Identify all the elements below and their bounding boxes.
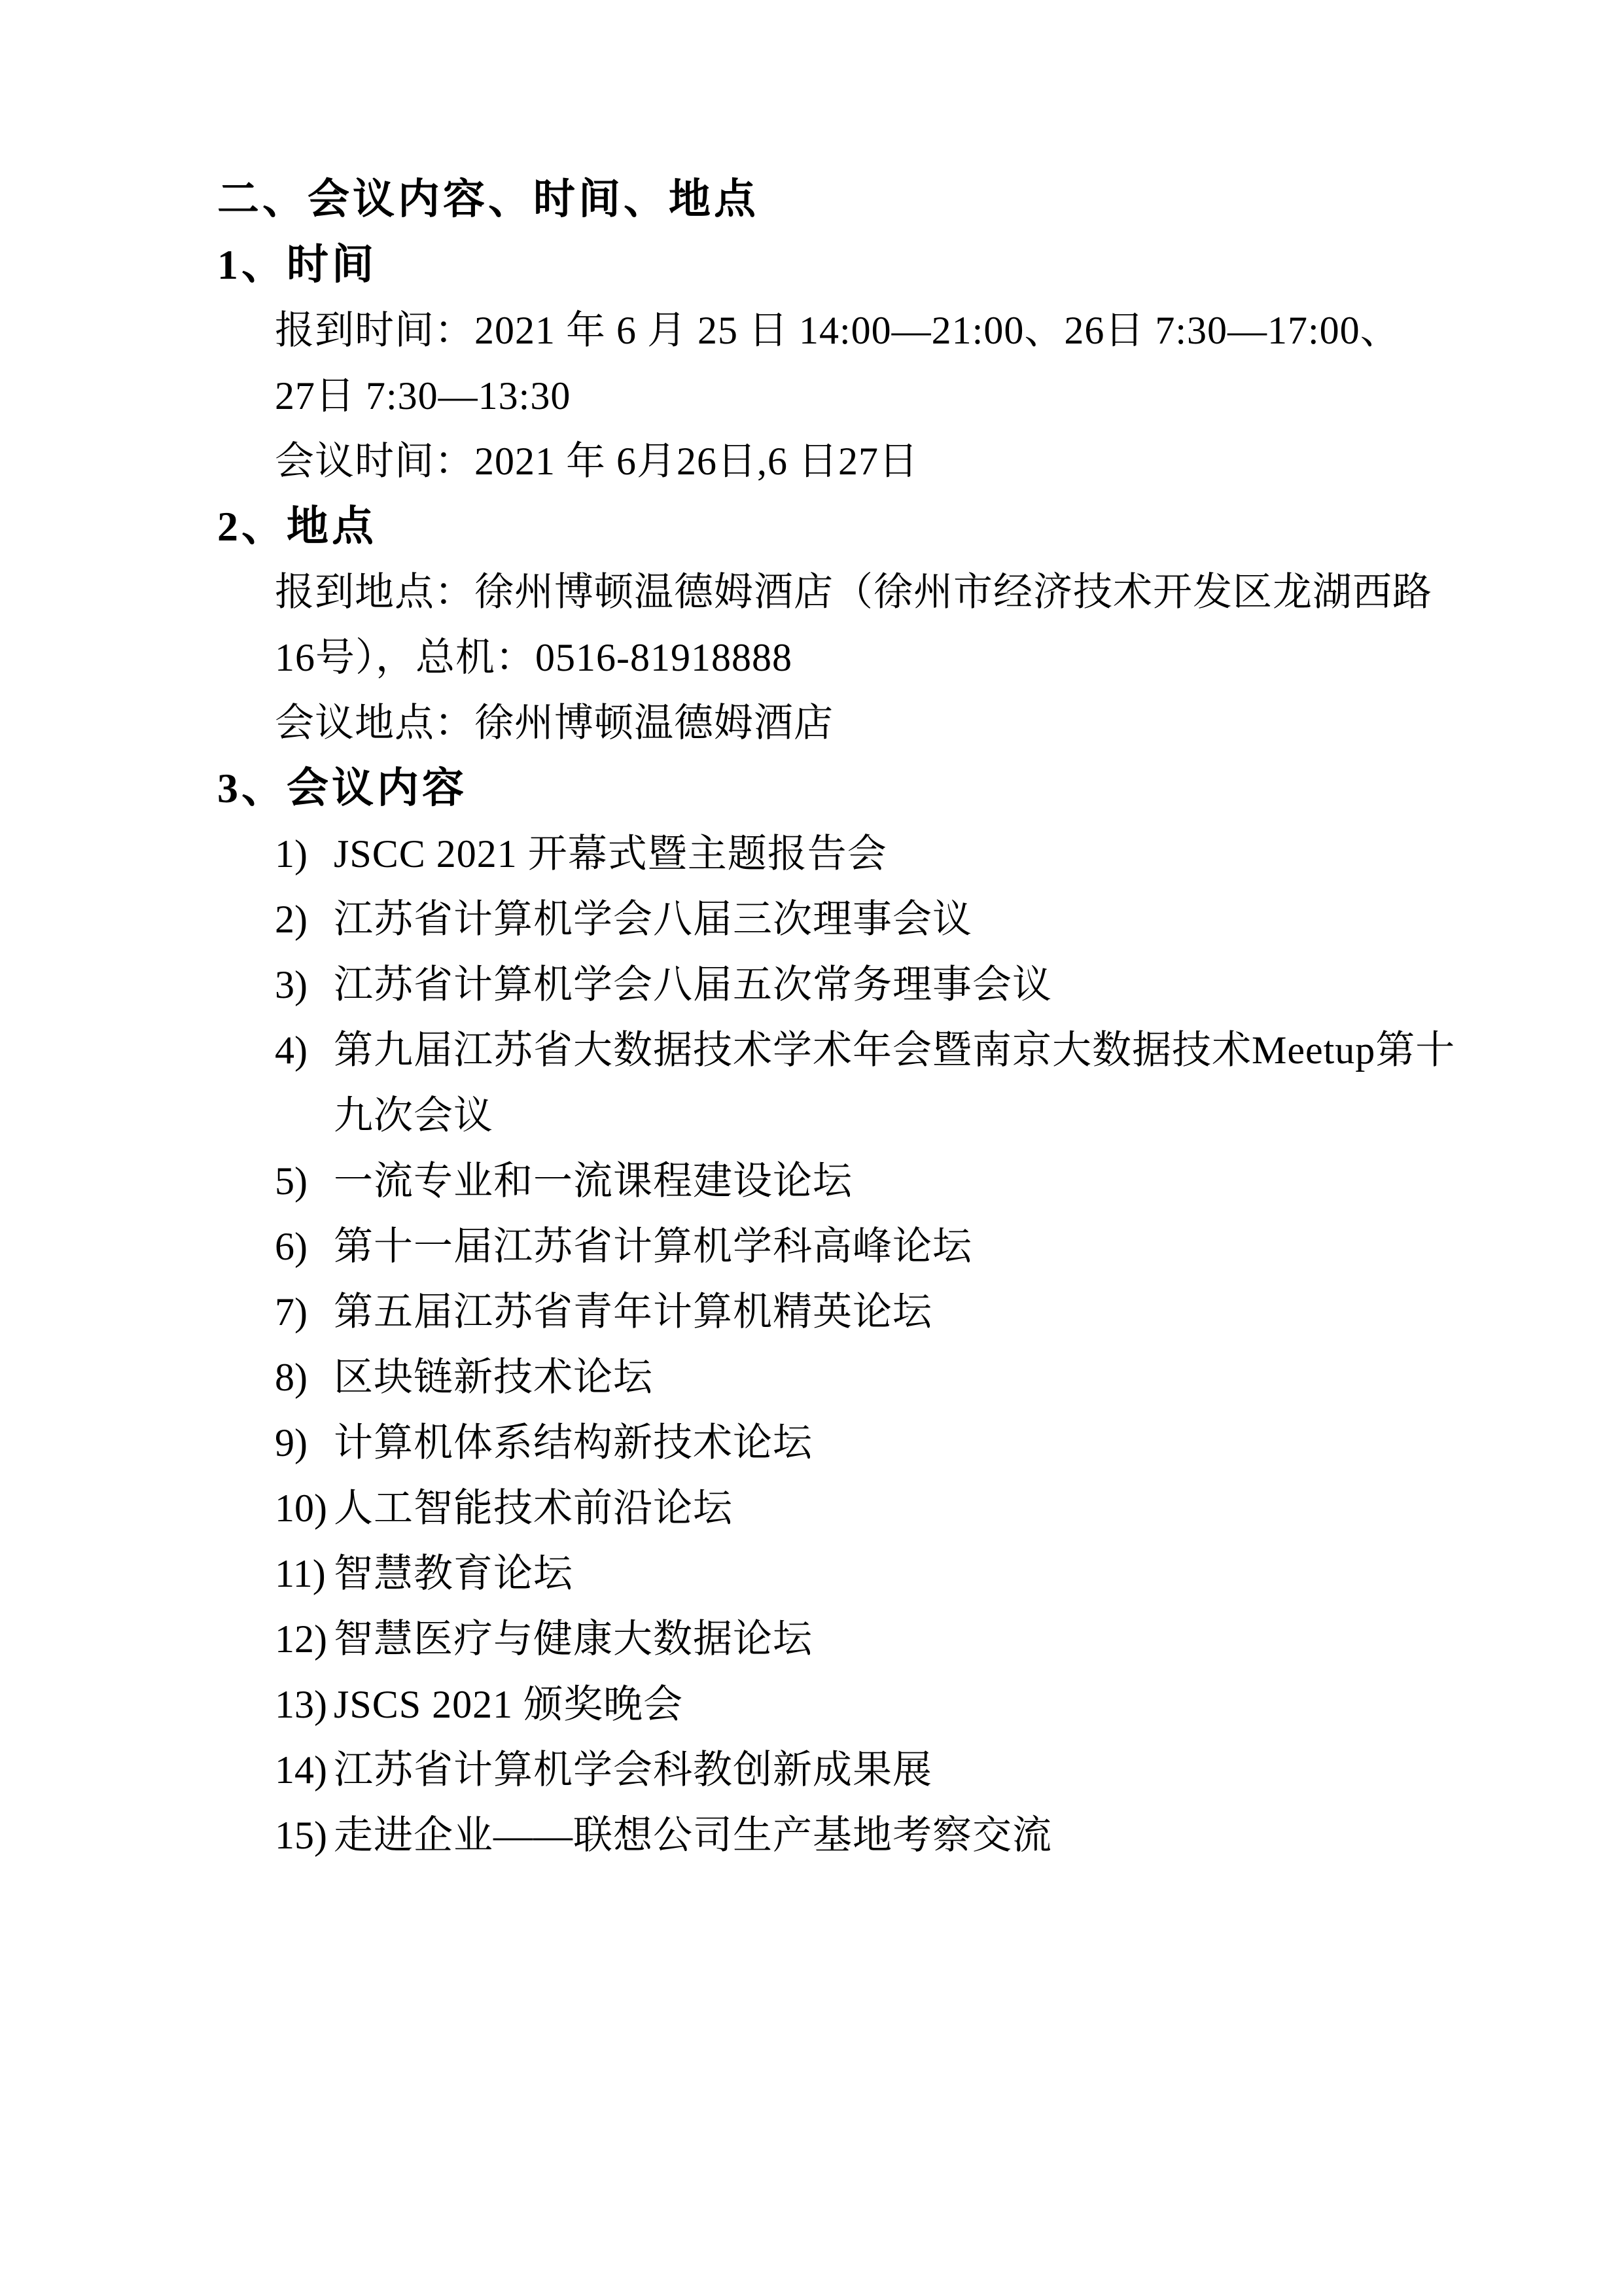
- list-item: 3)江苏省计算机学会八届五次常务理事会议: [0, 952, 1624, 1017]
- list-item-number: 15): [275, 1803, 334, 1868]
- time-paragraph-line: 27日 7:30—13:30: [0, 363, 1624, 429]
- subsection-heading-time: 1、时间: [0, 232, 1624, 298]
- list-item-text: 江苏省计算机学会科教创新成果展: [334, 1748, 932, 1792]
- list-item: 1)JSCC 2021 开幕式暨主题报告会: [0, 821, 1624, 887]
- list-item-number: 9): [275, 1410, 334, 1475]
- list-item-number: 5): [275, 1148, 334, 1214]
- list-item: 6)第十一届江苏省计算机学科高峰论坛: [0, 1214, 1624, 1279]
- list-item-text: JSCS 2021 颁奖晚会: [334, 1683, 683, 1726]
- list-item-text: 第十一届江苏省计算机学科高峰论坛: [334, 1225, 972, 1268]
- list-item-text: 第五届江苏省青年计算机精英论坛: [334, 1290, 932, 1333]
- list-item-text: 智慧医疗与健康大数据论坛: [334, 1617, 813, 1661]
- subsection-heading-location: 2、地点: [0, 494, 1624, 559]
- list-item: 13)JSCS 2021 颁奖晚会: [0, 1672, 1624, 1737]
- list-item: 8)区块链新技术论坛: [0, 1345, 1624, 1410]
- location-paragraph-line: 报到地点：徐州博顿温德姆酒店（徐州市经济技术开发区龙湖西路: [0, 559, 1624, 625]
- list-item-wrap-line: 九次会议: [0, 1083, 1624, 1148]
- list-item: 10)人工智能技术前沿论坛: [0, 1475, 1624, 1541]
- list-item-number: 8): [275, 1345, 334, 1410]
- list-item: 12)智慧医疗与健康大数据论坛: [0, 1606, 1624, 1672]
- list-item: 2)江苏省计算机学会八届三次理事会议: [0, 887, 1624, 952]
- list-item-number: 4): [275, 1017, 334, 1083]
- list-item-text: 人工智能技术前沿论坛: [334, 1487, 733, 1530]
- list-item: 7)第五届江苏省青年计算机精英论坛: [0, 1279, 1624, 1345]
- time-paragraph-line: 会议时间：2021 年 6月26日,6 日27日: [0, 429, 1624, 494]
- list-item-number: 6): [275, 1214, 334, 1279]
- list-item-text: 计算机体系结构新技术论坛: [334, 1421, 813, 1464]
- list-item-number: 2): [275, 887, 334, 952]
- list-item-number: 14): [275, 1737, 334, 1803]
- list-item-number: 3): [275, 952, 334, 1017]
- list-item-number: 7): [275, 1279, 334, 1345]
- list-item-text: 走进企业——联想公司生产基地考察交流: [334, 1814, 1052, 1857]
- location-paragraph-line: 16号），总机：0516-81918888: [0, 625, 1624, 690]
- list-item-text: 区块链新技术论坛: [334, 1356, 653, 1399]
- section-heading: 二、会议内容、时间、地点: [0, 167, 1624, 232]
- location-paragraph-line: 会议地点：徐州博顿温德姆酒店: [0, 690, 1624, 756]
- list-item-number: 12): [275, 1606, 334, 1672]
- list-item: 4)第九届江苏省大数据技术学术年会暨南京大数据技术Meetup第十: [0, 1017, 1624, 1083]
- list-item: 15)走进企业——联想公司生产基地考察交流: [0, 1803, 1624, 1868]
- time-paragraph-line: 报到时间：2021 年 6 月 25 日 14:00—21:00、26日 7:3…: [0, 298, 1624, 363]
- list-item-number: 13): [275, 1672, 334, 1737]
- subsection-heading-agenda: 3、会议内容: [0, 756, 1624, 821]
- list-item: 9)计算机体系结构新技术论坛: [0, 1410, 1624, 1475]
- list-item-number: 1): [275, 821, 334, 887]
- list-item-number: 11): [275, 1541, 334, 1606]
- list-item-text: 一流专业和一流课程建设论坛: [334, 1159, 853, 1203]
- list-item-text: 江苏省计算机学会八届三次理事会议: [334, 898, 972, 941]
- list-item: 11)智慧教育论坛: [0, 1541, 1624, 1606]
- list-item-text: 江苏省计算机学会八届五次常务理事会议: [334, 963, 1052, 1006]
- list-item: 14)江苏省计算机学会科教创新成果展: [0, 1737, 1624, 1803]
- list-item-number: 10): [275, 1475, 334, 1541]
- list-item-text: 智慧教育论坛: [334, 1552, 573, 1595]
- document-content: 二、会议内容、时间、地点 1、时间 报到时间：2021 年 6 月 25 日 1…: [0, 167, 1624, 1868]
- list-item-text: 第九届江苏省大数据技术学术年会暨南京大数据技术Meetup第十: [334, 1029, 1455, 1072]
- document-page: 二、会议内容、时间、地点 1、时间 报到时间：2021 年 6 月 25 日 1…: [0, 0, 1624, 2296]
- list-item-text: JSCC 2021 开幕式暨主题报告会: [334, 832, 887, 875]
- list-item: 5)一流专业和一流课程建设论坛: [0, 1148, 1624, 1214]
